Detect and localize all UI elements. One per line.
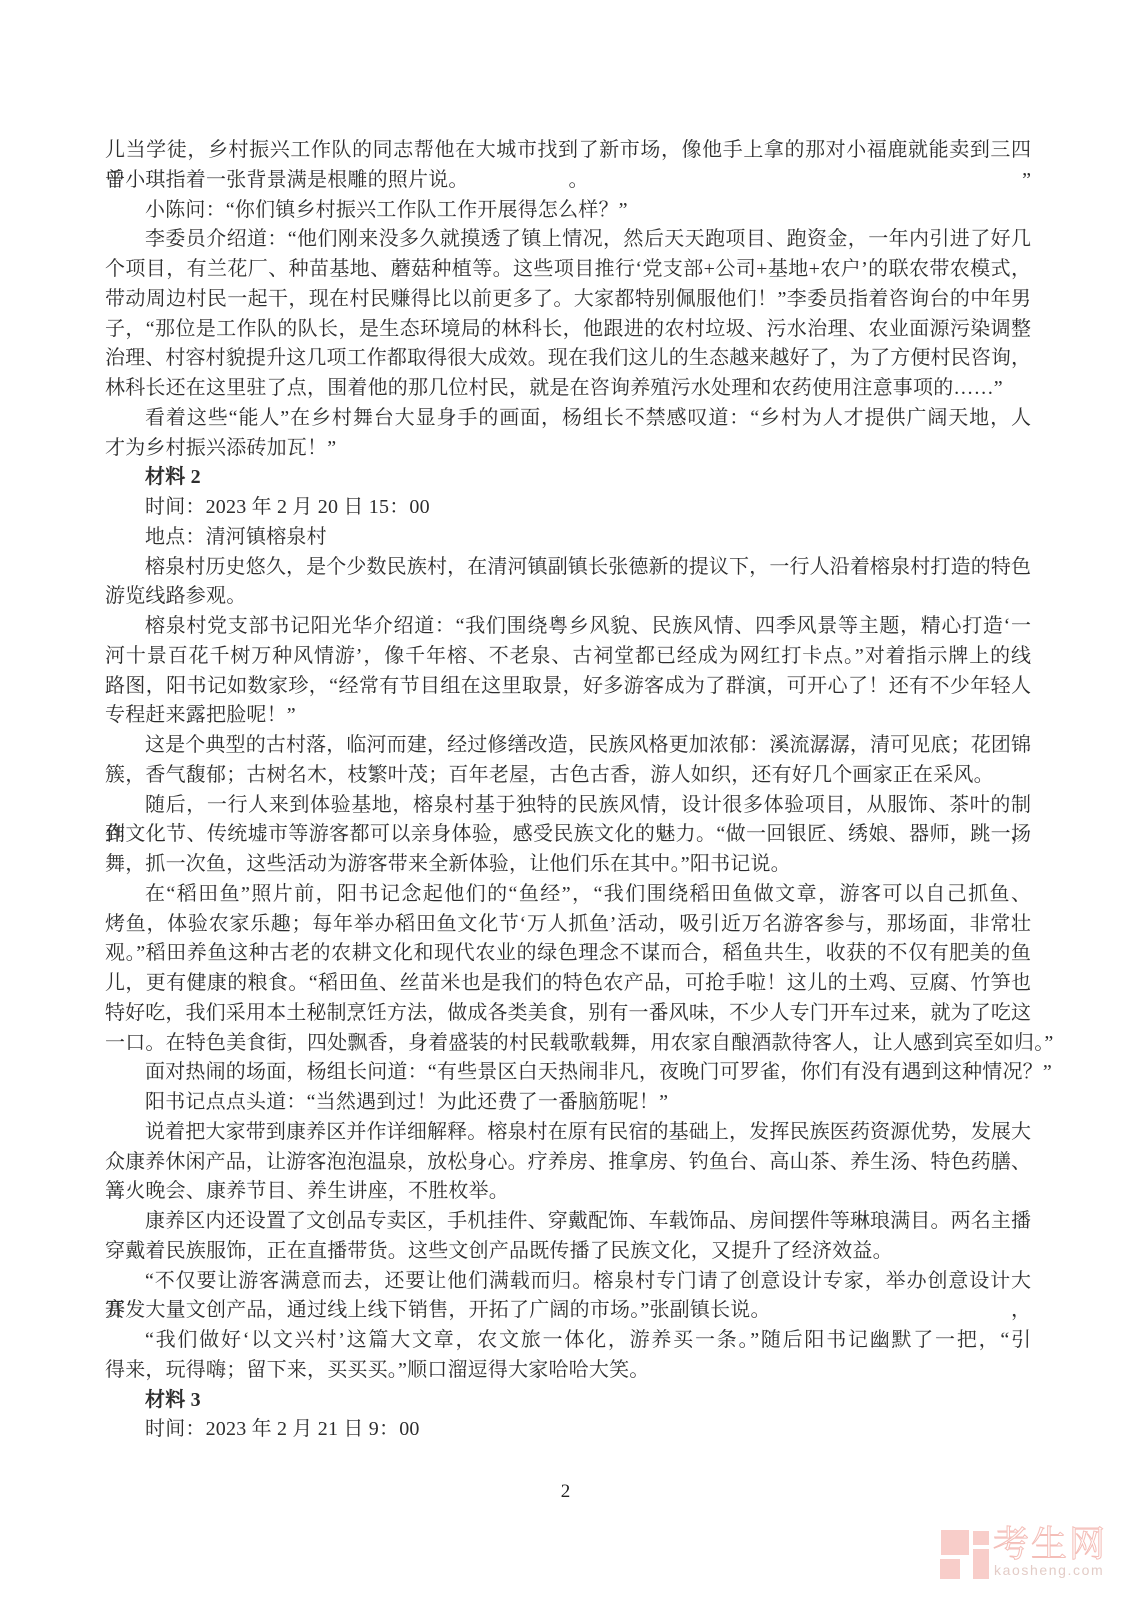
- text-line: “我们做好‘以文兴村’这篇大文章，农文旅一体化，游养买一条。”随后阳书记幽默了一…: [105, 1326, 1031, 1356]
- text-line: 儿当学徒，乡村振兴工作队的同志帮他在大城市找到了新市场，像他手上拿的那对小福鹿就…: [105, 136, 1031, 166]
- text-line: 面对热闹的场面，杨组长问道：“有些景区白天热闹非凡，夜晚门可罗雀，你们有没有遇到…: [105, 1058, 1031, 1088]
- text-line: 林科长还在这里驻了点，围着他的那几位村民，就是在咨询养殖污水处理和农药使用注意事…: [105, 374, 1031, 404]
- text-line: 榕泉村党支部书记阳光华介绍道：“我们围绕粤乡风貌、民族风情、四季风景等主题，精心…: [105, 612, 1031, 642]
- text-line: 时间：2023 年 2 月 20 日 15：00: [105, 493, 1031, 523]
- text-line: 个项目，有兰花厂、种苗基地、蘑菇种植等。这些项目推行‘党支部+公司+基地+农户’…: [105, 255, 1031, 285]
- text-line: 李委员介绍道：“他们刚来没多久就摸透了镇上情况，然后天天跑项目、跑资金，一年内引…: [105, 225, 1031, 255]
- page-number: 2: [0, 1481, 1131, 1503]
- text-line: 阳书记点点头道：“当然遇到过！为此还费了一番脑筋呢！”: [105, 1088, 1031, 1118]
- document-page: 儿当学徒，乡村振兴工作队的同志帮他在大城市找到了新市场，像他手上拿的那对小福鹿就…: [0, 0, 1131, 1600]
- text-line: 专程赶来露把脸呢！”: [105, 701, 1031, 731]
- text-line: 众康养休闲产品，让游客泡泡温泉，放松身心。疗养房、推拿房、钓鱼台、高山茶、养生汤…: [105, 1148, 1031, 1178]
- text-line: 路图，阳书记如数家珍，“经常有节目组在这里取景，好多游客成为了群演，可开心了！还…: [105, 672, 1031, 702]
- text-line: 篝火晚会、康养节目、养生讲座，不胜枚举。: [105, 1177, 1031, 1207]
- material-heading: 材料 2: [105, 463, 1031, 493]
- text-line: 治理、村容村貌提升这几项工作都取得很大成效。现在我们这儿的生态越来越好了，为了方…: [105, 344, 1031, 374]
- text-line: 烤鱼，体验农家乐趣；每年举办稻田鱼文化节‘万人抓鱼’活动，吸引近万名游客参与，那…: [105, 910, 1031, 940]
- text-line: 这是个典型的古村落，临河而建，经过修缮改造，民族风格更加浓郁：溪流潺潺，清可见底…: [105, 731, 1031, 761]
- text-line: 康养区内还设置了文创品专卖区，手机挂件、穿戴配饰、车载饰品、房间摆件等琳琅满目。…: [105, 1207, 1031, 1237]
- document-lines: 儿当学徒，乡村振兴工作队的同志帮他在大城市找到了新市场，像他手上拿的那对小福鹿就…: [105, 136, 1031, 1445]
- text-line: 小陈问：“你们镇乡村振兴工作队工作开展得怎么样？”: [105, 196, 1031, 226]
- text-line: 到文化节、传统墟市等游客都可以亲身体验，感受民族文化的魅力。“做一回银匠、绣娘、…: [105, 820, 1031, 850]
- watermark-site-url: kaosheng.com: [994, 1563, 1104, 1578]
- text-line: 游览线路参观。: [105, 582, 1031, 612]
- text-line: 簇，香气馥郁；古树名木，枝繁叶茂；百年老屋，古色古香，游人如织，还有好几个画家正…: [105, 761, 1031, 791]
- text-line: 榕泉村历史悠久，是个少数民族村，在清河镇副镇长张德新的提议下，一行人沿着榕泉村打…: [105, 553, 1031, 583]
- text-line: 河十景百花千树万种风情游’，像千年榕、不老泉、古祠堂都已经成为网红打卡点。”对着…: [105, 642, 1031, 672]
- text-line: 在“稻田鱼”照片前，阳书记念起他们的“鱼经”，“我们围绕稻田鱼做文章，游客可以自…: [105, 880, 1031, 910]
- text-line: 舞，抓一次鱼，这些活动为游客带来全新体验，让他们乐在其中。”阳书记说。: [105, 850, 1031, 880]
- watermark-site-name: 考生网: [993, 1526, 1107, 1562]
- text-line: 儿，更有健康的粮食。“稻田鱼、丝苗米也是我们的特色农产品，可抢手啦！这儿的土鸡、…: [105, 969, 1031, 999]
- text-line: 得来，玩得嗨；留下来，买买买。”顺口溜逗得大家哈哈大笑。: [105, 1356, 1031, 1386]
- text-line: 时间：2023 年 2 月 21 日 9：00: [105, 1415, 1031, 1445]
- text-line: 才为乡村振兴添砖加瓦！”: [105, 434, 1031, 464]
- material-heading: 材料 3: [105, 1386, 1031, 1416]
- text-line: 带动周边村民一起干，现在村民赚得比以前更多了。大家都特别佩服他们！”李委员指着咨…: [105, 285, 1031, 315]
- text-line: 特好吃，我们采用本土秘制烹饪方法，做成各类美食，别有一番风味，不少人专门开车过来…: [105, 999, 1031, 1029]
- text-line: 子，“那位是工作队的队长，是生态环境局的林科长，他跟进的农村垃圾、污水治理、农业…: [105, 315, 1031, 345]
- text-line: 一口。在特色美食街，四处飘香，身着盛装的村民载歌载舞，用农家自酿酒款待客人，让人…: [105, 1029, 1031, 1059]
- text-line: 穿戴着民族服饰，正在直播带货。这些文创产品既传播了民族文化，又提升了经济效益。: [105, 1237, 1031, 1267]
- text-line: 地点：清河镇榕泉村: [105, 523, 1031, 553]
- text-line: 说着把大家带到康养区并作详细解释。榕泉村在原有民宿的基础上，发挥民族医药资源优势…: [105, 1118, 1031, 1148]
- text-line: 随后，一行人来到体验基地，榕泉村基于独特的民族风情，设计很多体验项目，从服饰、茶…: [105, 791, 1031, 821]
- text-line: 看着这些“能人”在乡村舞台大显身手的画面，杨组长不禁感叹道：“乡村为人才提供广阔…: [105, 404, 1031, 434]
- text-line: “不仅要让游客满意而去，还要让他们满载而归。榕泉村专门请了创意设计专家，举办创意…: [105, 1267, 1031, 1297]
- kaosheng-watermark: 考生网 kaosheng.com: [940, 1530, 1115, 1582]
- text-line: 观。”稻田养鱼这种古老的农耕文化和现代农业的绿色理念不谋而合，稻鱼共生，收获的不…: [105, 939, 1031, 969]
